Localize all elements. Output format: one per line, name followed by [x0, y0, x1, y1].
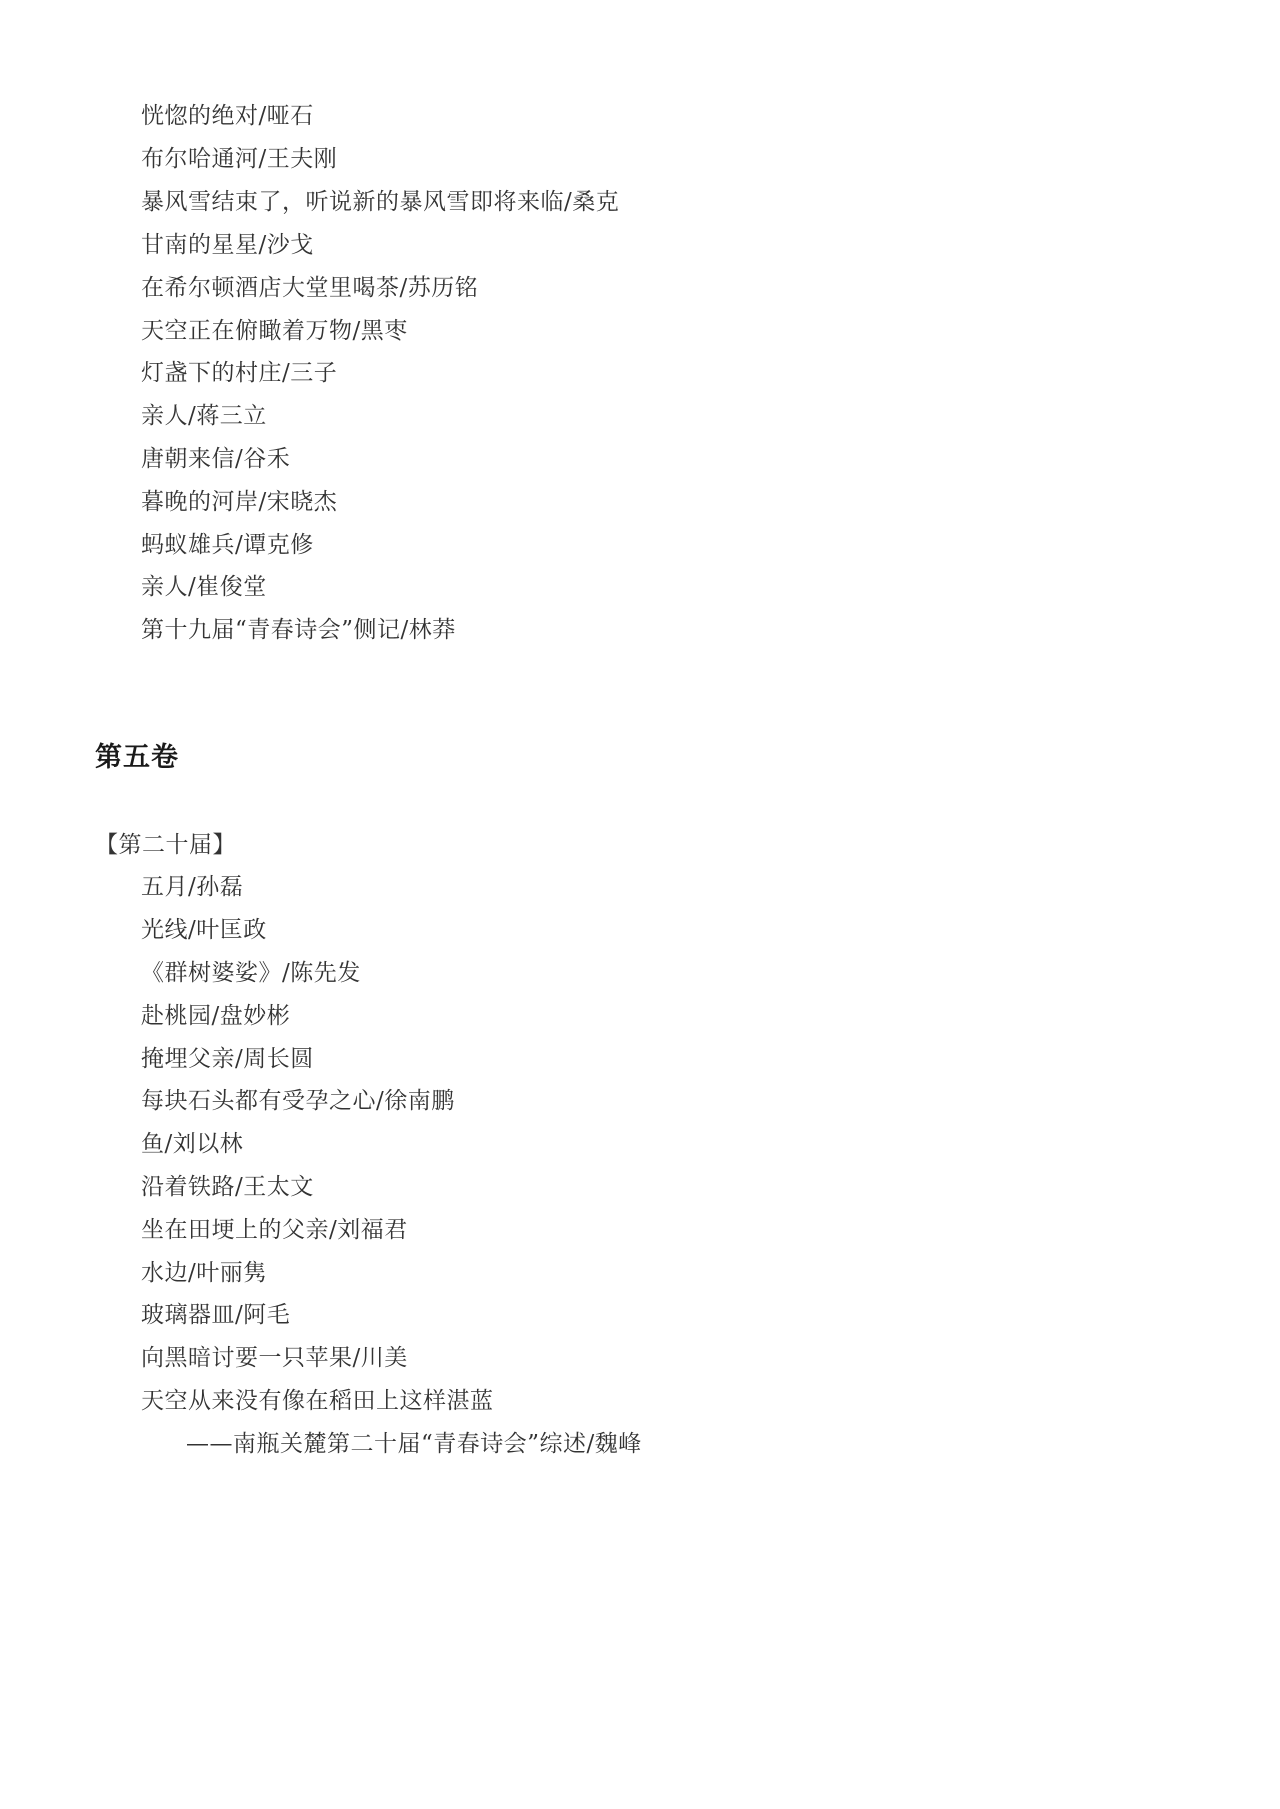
toc-entry: 亲人/蒋三立 [141, 401, 267, 431]
toc-entry: 每块石头都有受孕之心/徐南鹏 [141, 1086, 455, 1116]
toc-entry: 第十九届“青春诗会”侧记/林莽 [141, 615, 456, 645]
toc-entry: 甘南的星星/沙戈 [141, 230, 314, 260]
toc-entry: 掩埋父亲/周长圆 [141, 1044, 314, 1074]
toc-entry: 亲人/崔俊堂 [141, 572, 267, 602]
toc-entry: 暴风雪结束了，听说新的暴风雪即将来临/桑克 [141, 187, 619, 217]
session-label: 【第二十届】 [95, 830, 236, 860]
toc-entry: 五月/孙磊 [141, 872, 243, 902]
toc-entry: 唐朝来信/谷禾 [141, 444, 290, 474]
toc-entry: 在希尔顿酒店大堂里喝茶/苏历铭 [141, 273, 478, 303]
toc-entry: 暮晚的河岸/宋晓杰 [141, 487, 337, 517]
toc-entry: 《群树婆娑》/陈先发 [141, 958, 361, 988]
toc-entry: 蚂蚁雄兵/谭克修 [141, 530, 314, 560]
toc-entry: 恍惚的绝对/哑石 [141, 101, 314, 131]
volume-title: 第五卷 [95, 741, 179, 775]
toc-entry: 坐在田埂上的父亲/刘福君 [141, 1215, 408, 1245]
toc-entry: 沿着铁路/王太文 [141, 1172, 314, 1202]
toc-entry-continuation: ——南瓶关麓第二十届“青春诗会”综述/魏峰 [186, 1429, 642, 1459]
toc-entry: 灯盏下的村庄/三子 [141, 358, 337, 388]
toc-entry: 玻璃器皿/阿毛 [141, 1300, 290, 1330]
toc-entry: 布尔哈通河/王夫刚 [141, 144, 337, 174]
toc-entry: 鱼/刘以林 [141, 1129, 243, 1159]
toc-entry: 向黑暗讨要一只苹果/川美 [141, 1343, 408, 1373]
toc-entry: 天空正在俯瞰着万物/黑枣 [141, 316, 408, 346]
toc-entry: 水边/叶丽隽 [141, 1258, 267, 1288]
document-page: 恍惚的绝对/哑石 布尔哈通河/王夫刚 暴风雪结束了，听说新的暴风雪即将来临/桑克… [0, 0, 1280, 1809]
toc-entry: 光线/叶匡政 [141, 915, 267, 945]
toc-entry: 赴桃园/盘妙彬 [141, 1001, 290, 1031]
toc-entry: 天空从来没有像在稻田上这样湛蓝 [141, 1386, 494, 1416]
